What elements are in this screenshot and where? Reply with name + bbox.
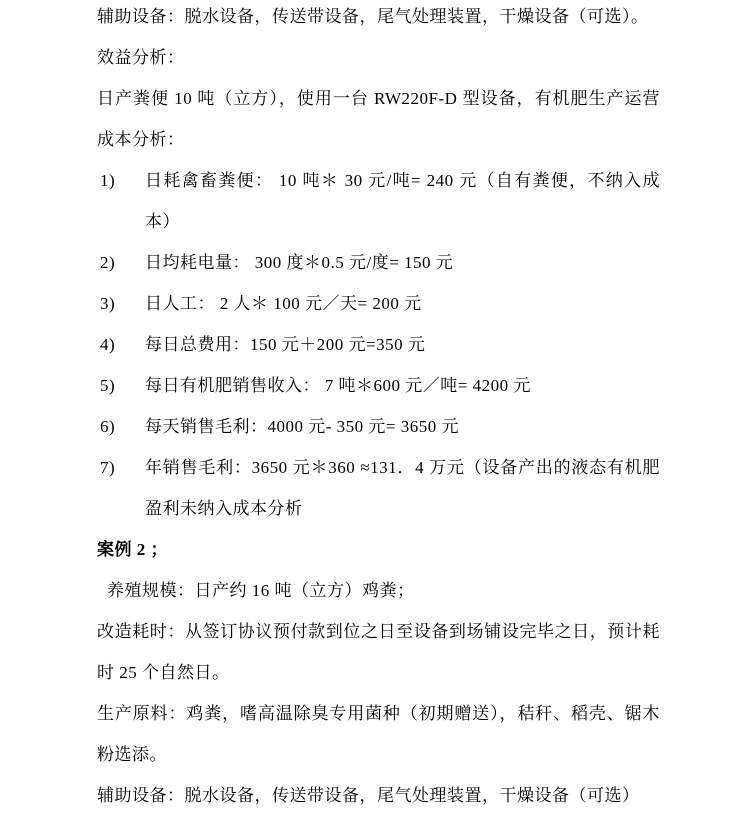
paragraph-case2-materials: 生产原料：鸡粪，嗜高温除臭专用菌种（初期赠送），秸秆、稻壳、锯木粉选添。 [97, 693, 660, 775]
list-item-text: 日人工： 2 人＊ 100 元／天= 200 元 [145, 294, 422, 313]
list-item-number: 4) [100, 324, 115, 365]
paragraph-aux-equipment-case2: 辅助设备：脱水设备，传送带设备，尾气处理装置，干燥设备（可选） [97, 775, 660, 816]
list-item-number: 5) [100, 365, 115, 406]
list-item-text: 日耗禽畜粪便： 10 吨＊ 30 元/吨= 240 元（自有粪便，不纳入成本） [145, 171, 660, 231]
list-item-text: 年销售毛利：3650 元＊360 ≈131．4 万元（设备产出的液态有机肥盈利未… [145, 458, 660, 518]
paragraph-aux-equipment-case1: 辅助设备：脱水设备，传送带设备，尾气处理装置，干燥设备（可选）。 [97, 0, 660, 37]
list-item-number: 3) [100, 283, 115, 324]
list-item-number: 2) [100, 242, 115, 283]
list-item-text: 日均耗电量： 300 度＊0.5 元/度= 150 元 [145, 253, 453, 272]
cost-list-item: 4) 每日总费用：150 元＋200 元=350 元 [97, 324, 660, 365]
list-item-number: 6) [100, 406, 115, 447]
list-item-text: 每天销售毛利：4000 元- 350 元= 3650 元 [145, 417, 459, 436]
cost-list-item: 6) 每天销售毛利：4000 元- 350 元= 3650 元 [97, 406, 660, 447]
case2-heading: 案例 2 ； [97, 529, 660, 570]
paragraph-case2-scale: 养殖规模：日产约 16 吨（立方）鸡粪； [97, 570, 660, 611]
cost-list-item: 3) 日人工： 2 人＊ 100 元／天= 200 元 [97, 283, 660, 324]
list-item-number: 1) [100, 160, 115, 201]
list-item-number: 7) [100, 447, 115, 488]
paragraph-case2-duration: 改造耗时：从签订协议预付款到位之日至设备到场铺设完毕之日，预计耗时 25 个自然… [97, 611, 660, 693]
cost-list-item: 2) 日均耗电量： 300 度＊0.5 元/度= 150 元 [97, 242, 660, 283]
cost-list-item: 1) 日耗禽畜粪便： 10 吨＊ 30 元/吨= 240 元（自有粪便，不纳入成… [97, 160, 660, 242]
document-page: 辅助设备：脱水设备，传送带设备，尾气处理装置，干燥设备（可选）。 效益分析： 日… [0, 0, 750, 817]
list-item-text: 每日有机肥销售收入： 7 吨＊600 元／吨= 4200 元 [145, 376, 531, 395]
paragraph-production-intro: 日产粪便 10 吨（立方），使用一台 RW220F-D 型设备，有机肥生产运营成… [97, 78, 660, 160]
cost-list-item: 7) 年销售毛利：3650 元＊360 ≈131．4 万元（设备产出的液态有机肥… [97, 447, 660, 529]
document-body: 辅助设备：脱水设备，传送带设备，尾气处理装置，干燥设备（可选）。 效益分析： 日… [97, 0, 660, 816]
cost-list-item: 5) 每日有机肥销售收入： 7 吨＊600 元／吨= 4200 元 [97, 365, 660, 406]
list-item-text: 每日总费用：150 元＋200 元=350 元 [145, 335, 425, 354]
paragraph-benefit-heading: 效益分析： [97, 37, 660, 78]
